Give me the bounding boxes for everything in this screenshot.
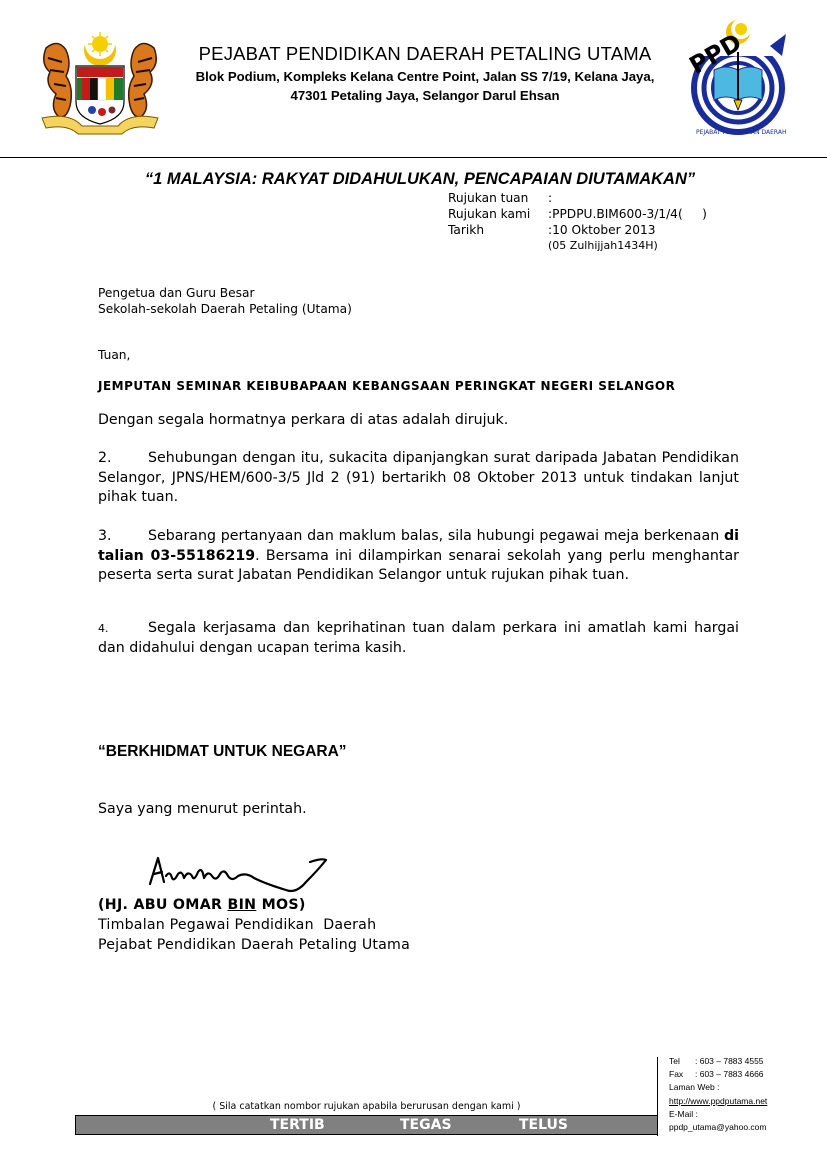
paragraph-2-number: 2.	[98, 449, 148, 469]
web-label: Laman Web :	[669, 1081, 767, 1094]
tarikh-label: Tarikh	[448, 222, 548, 238]
paragraph-3: 3.Sebarang pertanyaan dan maklum balas, …	[98, 527, 739, 586]
header-divider	[0, 157, 827, 158]
tel-label: Tel	[669, 1055, 695, 1068]
contact-block: Tel : 603 – 7883 4555 Fax : 603 – 7883 4…	[669, 1055, 767, 1134]
rujukan-tuan-value: :	[548, 190, 552, 206]
signer-name-bin: BIN	[227, 897, 256, 913]
recipient-block: Pengetua dan Guru Besar Sekolah-sekolah …	[98, 285, 352, 317]
website-link[interactable]: http://www.ppdputama.net	[669, 1096, 767, 1106]
paragraph-4-text: Segala kerjasama dan keprihatinan tuan d…	[98, 620, 739, 656]
paragraph-2: 2.Sehubungan dengan itu, sukacita dipanj…	[98, 449, 739, 508]
recipient-line-1: Pengetua dan Guru Besar	[98, 285, 352, 301]
email-label: E-Mail :	[669, 1108, 767, 1121]
rujukan-kami-label: Rujukan kami	[448, 206, 548, 222]
paragraph-3-text-a: Sebarang pertanyaan dan maklum balas, si…	[148, 528, 724, 544]
fax-row: Fax : 603 – 7883 4666	[669, 1068, 767, 1081]
svg-text:PEJABAT PENDIDIKAN DAERAH: PEJABAT PENDIDIKAN DAERAH	[696, 129, 786, 136]
address-line-1: Blok Podium, Kompleks Kelana Centre Poin…	[190, 67, 660, 86]
ppd-petaling-utama-logo: PPD PEJABAT PENDIDIKAN DAERAH	[678, 16, 796, 140]
tarikh-row: Tarikh :10 Oktober 2013	[448, 222, 707, 238]
signer-position: Timbalan Pegawai Pendidikan Daerah Pejab…	[98, 916, 410, 955]
fax-label: Fax	[669, 1068, 695, 1081]
service-slogan: “BERKHIDMAT UNTUK NEGARA”	[98, 743, 347, 761]
signer-title: Timbalan Pegawai Pendidikan Daerah	[98, 916, 410, 936]
rujukan-kami-row: Rujukan kami :PPDPU.BIM600-3/1/4( )	[448, 206, 707, 222]
email-value[interactable]: ppdp_utama@yahoo.com	[669, 1121, 767, 1134]
hijri-date: (05 Zulhijjah1434H)	[448, 238, 707, 254]
paragraph-1: Dengan segala hormatnya perkara di atas …	[98, 411, 739, 431]
tel-row: Tel : 603 – 7883 4555	[669, 1055, 767, 1068]
reference-block: Rujukan tuan : Rujukan kami :PPDPU.BIM60…	[448, 190, 707, 254]
footer-divider	[657, 1057, 658, 1136]
rujukan-tuan-label: Rujukan tuan	[448, 190, 548, 206]
signer-name: (HJ. ABU OMAR BIN MOS)	[98, 897, 306, 913]
national-motto: “1 MALAYSIA: RAKYAT DIDAHULUKAN, PENCAPA…	[100, 170, 740, 189]
footer-reference-note: ( Sila catatkan nombor rujukan apabila b…	[75, 1101, 658, 1112]
value-telus: TELUS	[519, 1116, 568, 1134]
organization-name: PEJABAT PENDIDIKAN DAERAH PETALING UTAMA	[190, 43, 660, 65]
signature-image	[146, 852, 336, 902]
fax-value: : 603 – 7883 4666	[695, 1068, 764, 1081]
signer-office: Pejabat Pendidikan Daerah Petaling Utama	[98, 936, 410, 956]
paragraph-4: 4.Segala kerjasama dan keprihatinan tuan…	[98, 619, 739, 658]
closing-line: Saya yang menurut perintah.	[98, 801, 307, 817]
recipient-line-2: Sekolah-sekolah Daerah Petaling (Utama)	[98, 301, 352, 317]
malaysia-coat-of-arms-logo	[36, 28, 164, 140]
rujukan-kami-value: :PPDPU.BIM600-3/1/4( )	[548, 206, 707, 222]
signer-name-suffix: MOS)	[256, 897, 305, 913]
signer-name-prefix: (HJ. ABU OMAR	[98, 897, 227, 913]
tarikh-value: :10 Oktober 2013	[548, 222, 656, 238]
paragraph-3-number: 3.	[98, 527, 148, 547]
organization-address: Blok Podium, Kompleks Kelana Centre Poin…	[190, 67, 660, 105]
value-tegas: TEGAS	[400, 1116, 452, 1134]
tel-value: : 603 – 7883 4555	[695, 1055, 764, 1068]
value-tertib: TERTIB	[270, 1116, 325, 1134]
salutation: Tuan,	[98, 348, 130, 362]
address-line-2: 47301 Petaling Jaya, Selangor Darul Ehsa…	[190, 86, 660, 105]
footer-values-bar: TERTIB TEGAS TELUS	[75, 1115, 658, 1135]
rujukan-tuan-row: Rujukan tuan :	[448, 190, 707, 206]
paragraph-2-text: Sehubungan dengan itu, sukacita dipanjan…	[98, 450, 739, 505]
letter-subject: JEMPUTAN SEMINAR KEIBUBAPAAN KEBANGSAAN …	[98, 379, 675, 393]
paragraph-4-number: 4.	[98, 619, 148, 639]
